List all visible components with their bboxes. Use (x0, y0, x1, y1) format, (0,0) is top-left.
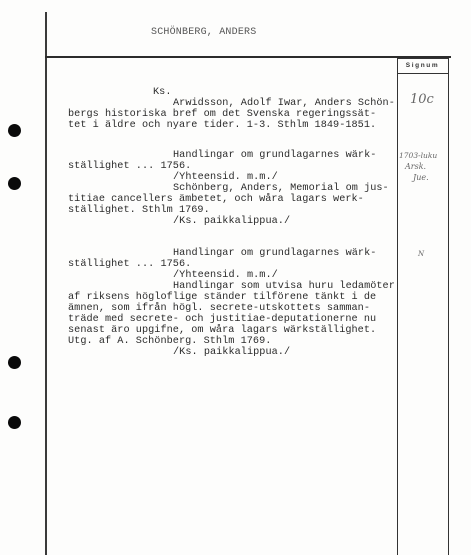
punch-hole (8, 416, 21, 429)
signum-value: 10c (410, 92, 434, 107)
entry-line: tet i äldre och nyare tider. 1-3. Sthlm … (68, 120, 376, 131)
signum-header: Signum (397, 58, 448, 74)
entry-line: ämnen, som ifrån högl. secrete-utskottet… (68, 303, 370, 314)
entry-line: Handlingar om grundlagarnes wärk- (173, 150, 376, 161)
entry-line: Utg. af A. Schönberg. Sthlm 1769. (68, 336, 271, 347)
signum-value: 1703-luku (399, 151, 437, 160)
punch-hole (8, 124, 21, 137)
signum-value: N (418, 250, 424, 258)
entry-line: Schönberg, Anders, Memorial om jus- (173, 183, 389, 194)
entry-line: Ks. (153, 87, 172, 98)
punch-hole (8, 356, 21, 369)
entry-line: senast äro upgifne, om wåra lagars wärks… (68, 325, 376, 336)
entry-line: bergs historiska bref om det Svenska reg… (68, 109, 376, 120)
entry-line: ställighet ... 1756. (68, 259, 191, 270)
entry-line: /Yhteensid. m.m./ (173, 270, 278, 281)
entry-line: /Ks. paikkalippua./ (173, 347, 290, 358)
entry-line: Handlingar om grundlagarnes wärk- (173, 248, 376, 259)
card-heading: SCHÖNBERG, ANDERS (151, 27, 256, 38)
punch-hole (8, 177, 21, 190)
entry-line: ställighet ... 1756. (68, 161, 191, 172)
left-margin-rule (45, 12, 47, 555)
entry-line: träde med secrete- och justitiae-deputat… (68, 314, 376, 325)
entry-line: titiae cancellers ämbetet, och wåra laga… (68, 194, 364, 205)
header-rule (45, 56, 451, 58)
entry-line: ställighet. Sthlm 1769. (68, 205, 210, 216)
catalog-card: SCHÖNBERG, ANDERS Signum Ks. Arwidsson, … (0, 0, 471, 555)
signum-value: Jue. (413, 173, 429, 182)
entry-line: Handlingar som utvisa huru ledamöter (173, 281, 395, 292)
entry-line: /Yhteensid. m.m./ (173, 172, 278, 183)
signum-column (397, 58, 449, 555)
entry-line: af riksens högloflige ständer tilförene … (68, 292, 376, 303)
signum-value: Arsk. (405, 162, 426, 171)
entry-line: Arwidsson, Adolf Iwar, Anders Schön- (173, 98, 395, 109)
entry-line: /Ks. paikkalippua./ (173, 216, 290, 227)
